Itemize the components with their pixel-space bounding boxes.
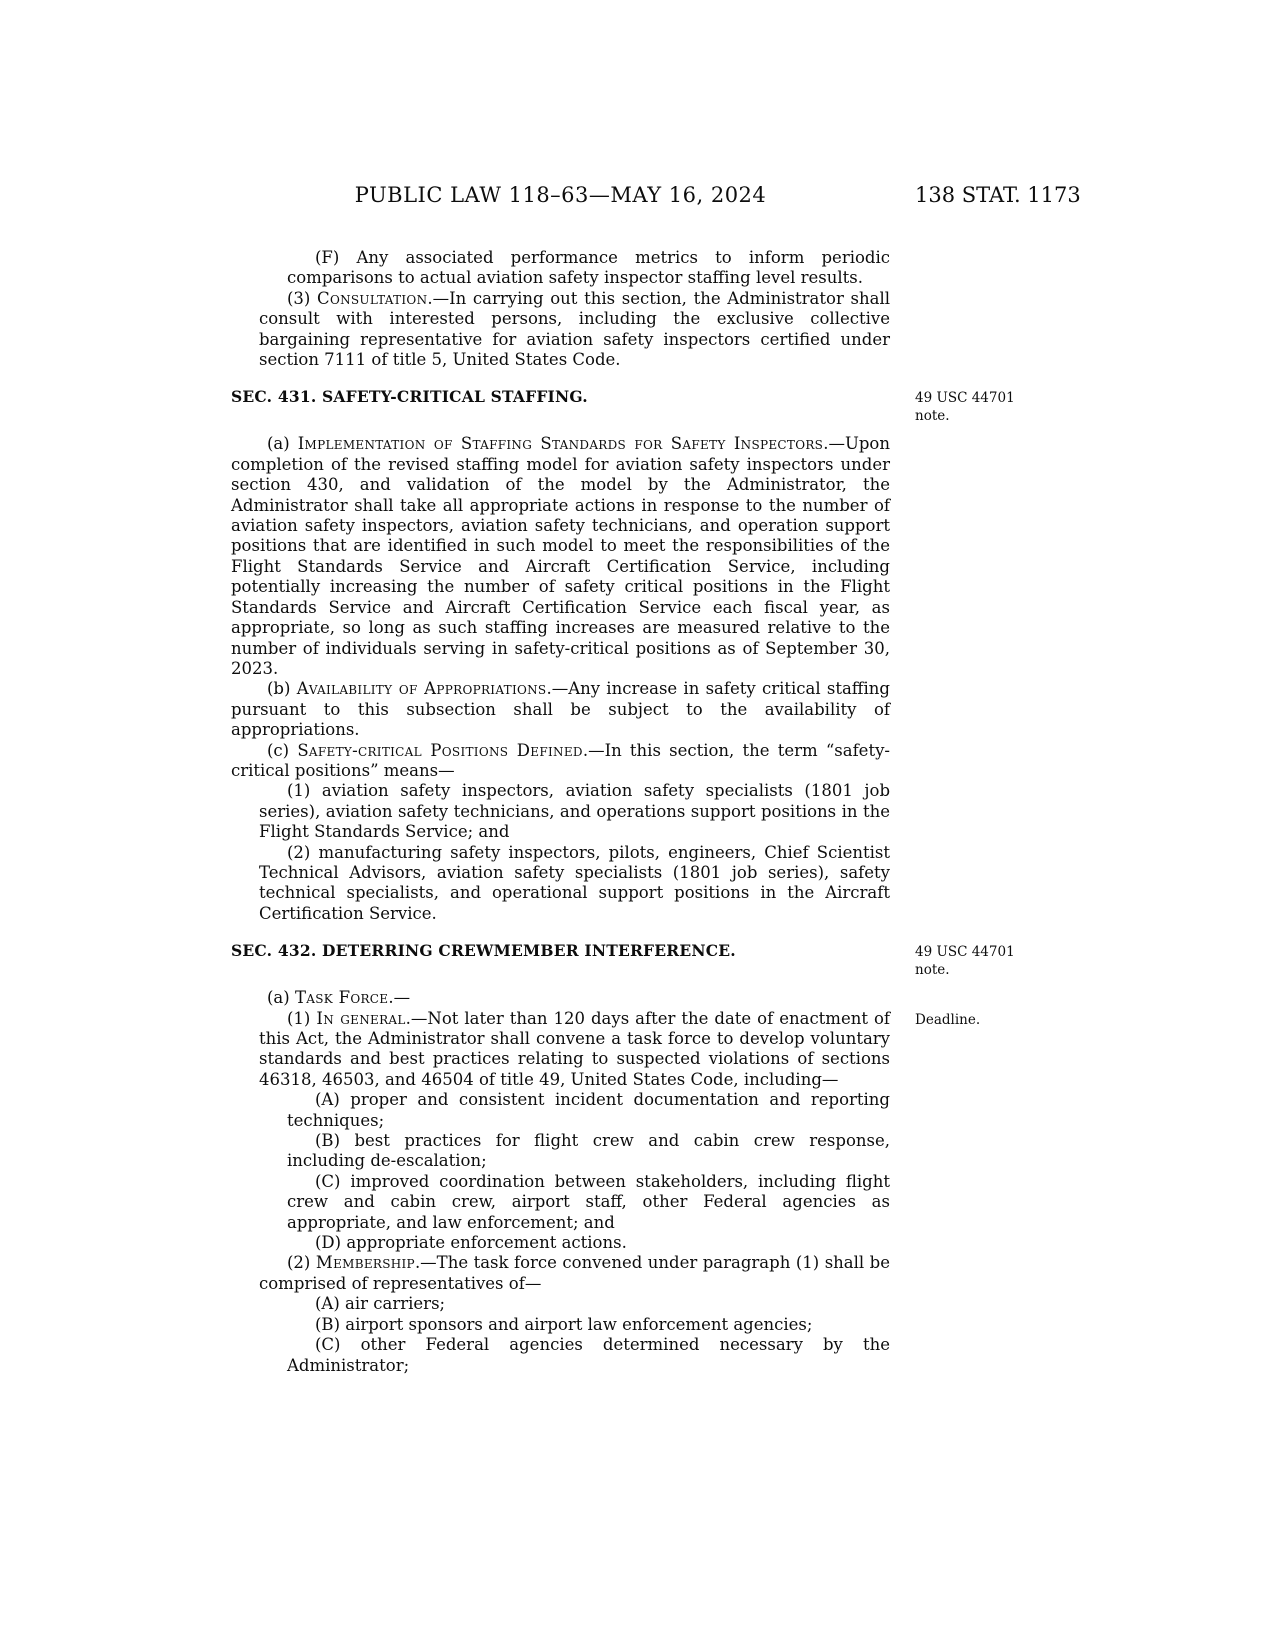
stat-page-container: 138 STAT. 1173 [915,183,1081,207]
running-head-container: PUBLIC LAW 118–63—MAY 16, 2024 [231,183,890,207]
paragraph-row: (b) Availability of Appropriations.—Any … [231,679,1091,740]
text-segment: (C) improved coordination between stakeh… [287,1172,890,1232]
paragraph-row: (1) aviation safety inspectors, aviation… [231,781,1091,842]
paragraph: (2) Membership.—The task force convened … [259,1253,890,1294]
main-column: (2) manufacturing safety inspectors, pil… [231,843,890,925]
text-segment: .—Upon completion of the revised staffin… [231,434,890,677]
text-segment: SEC. 431. SAFETY-CRITICAL STAFFING. [231,387,588,406]
main-column: (A) air carriers; [231,1294,890,1314]
section-heading-row: SEC. 432. DETERRING CREWMEMBER INTERFERE… [231,941,1091,979]
paragraph-row: (c) Safety-critical Positions Defined.—I… [231,741,1091,782]
main-column: (c) Safety-critical Positions Defined.—I… [231,741,890,782]
paragraph-row: (2) manufacturing safety inspectors, pil… [231,843,1091,925]
smallcaps-text: In general [316,1009,405,1028]
text-segment: .— [388,988,410,1007]
text-segment: (D) appropriate enforcement actions. [315,1233,627,1252]
section-heading: SEC. 432. DETERRING CREWMEMBER INTERFERE… [231,941,890,960]
paragraph-row: (A) proper and consistent incident docum… [231,1090,1091,1131]
main-column: (C) improved coordination between stakeh… [231,1172,890,1233]
smallcaps-text: Task Force [295,988,388,1007]
smallcaps-text: Membership [316,1253,415,1272]
text-segment: (3) [287,289,317,308]
main-column: (2) Membership.—The task force convened … [231,1253,890,1294]
margin-note: Deadline. [915,1011,1040,1029]
main-column: (a) Implementation of Staffing Standards… [231,434,890,679]
main-column: (1) In general.—Not later than 120 days … [231,1009,890,1091]
main-column: (a) Task Force.— [231,988,890,1008]
paragraph-row: (3) Consultation.—In carrying out this s… [231,289,1091,371]
paragraph: (a) Task Force.— [231,988,890,1008]
section-heading-row: SEC. 431. SAFETY-CRITICAL STAFFING.49 US… [231,387,1091,425]
margin-note: 49 USC 44701 note. [915,943,1040,979]
paragraph-row: (B) best practices for flight crew and c… [231,1131,1091,1172]
main-column: (1) aviation safety inspectors, aviation… [231,781,890,842]
paragraph: (C) improved coordination between stakeh… [287,1172,890,1233]
paragraph: (c) Safety-critical Positions Defined.—I… [231,741,890,782]
document-body: (F) Any associated performance metrics t… [231,248,1091,1376]
paragraph: (1) aviation safety inspectors, aviation… [259,781,890,842]
paragraph-row: (D) appropriate enforcement actions. [231,1233,1091,1253]
main-column: SEC. 431. SAFETY-CRITICAL STAFFING. [231,387,890,406]
main-column: (B) airport sponsors and airport law enf… [231,1315,890,1335]
main-column: SEC. 432. DETERRING CREWMEMBER INTERFERE… [231,941,890,960]
paragraph: (b) Availability of Appropriations.—Any … [231,679,890,740]
main-column: (C) other Federal agencies determined ne… [231,1335,890,1376]
text-segment: (c) [267,741,297,760]
paragraph: (D) appropriate enforcement actions. [287,1233,890,1253]
running-head-title: PUBLIC LAW 118–63—MAY 16, 2024 [355,183,767,207]
section-heading: SEC. 431. SAFETY-CRITICAL STAFFING. [231,387,890,406]
main-column: (b) Availability of Appropriations.—Any … [231,679,890,740]
text-segment: (C) other Federal agencies determined ne… [287,1335,890,1374]
text-segment: (B) best practices for flight crew and c… [287,1131,890,1170]
paragraph-row: (A) air carriers; [231,1294,1091,1314]
text-segment: (1) [287,1009,316,1028]
paragraph-row: (1) In general.—Not later than 120 days … [231,1009,1091,1091]
margin-note: 49 USC 44701 note. [915,389,1040,425]
paragraph: (a) Implementation of Staffing Standards… [231,434,890,679]
paragraph: (1) In general.—Not later than 120 days … [259,1009,890,1091]
main-column: (3) Consultation.—In carrying out this s… [231,289,890,371]
paragraph-row: (B) airport sponsors and airport law enf… [231,1315,1091,1335]
text-segment: SEC. 432. DETERRING CREWMEMBER INTERFERE… [231,941,736,960]
paragraph: (3) Consultation.—In carrying out this s… [259,289,890,371]
paragraph: (A) air carriers; [287,1294,890,1314]
smallcaps-text: Availability of Appropriations [297,679,547,698]
text-segment: (a) [267,988,295,1007]
text-segment: (2) manufacturing safety inspectors, pil… [259,843,890,923]
text-segment: (a) [267,434,298,453]
text-segment: (A) air carriers; [315,1294,445,1313]
paragraph: (2) manufacturing safety inspectors, pil… [259,843,890,925]
page-header: PUBLIC LAW 118–63—MAY 16, 2024 138 STAT.… [231,183,1040,207]
statute-page: PUBLIC LAW 118–63—MAY 16, 2024 138 STAT.… [0,0,1275,1650]
main-column: (A) proper and consistent incident docum… [231,1090,890,1131]
paragraph: (B) best practices for flight crew and c… [287,1131,890,1172]
text-segment: (A) proper and consistent incident docum… [287,1090,890,1129]
paragraph: (A) proper and consistent incident docum… [287,1090,890,1131]
paragraph: (B) airport sponsors and airport law enf… [287,1315,890,1335]
text-segment: (b) [267,679,297,698]
paragraph: (F) Any associated performance metrics t… [287,248,890,289]
paragraph: (C) other Federal agencies determined ne… [287,1335,890,1376]
text-segment: (B) airport sponsors and airport law enf… [315,1315,812,1334]
text-segment: (1) aviation safety inspectors, aviation… [259,781,890,841]
stat-page-number: 138 STAT. 1173 [915,183,1081,207]
paragraph-row: (a) Task Force.— [231,988,1091,1008]
paragraph-row: (F) Any associated performance metrics t… [231,248,1091,289]
smallcaps-text: Implementation of Staffing Standards for… [298,434,824,453]
smallcaps-text: Consultation [317,289,427,308]
text-segment: (2) [287,1253,316,1272]
main-column: (F) Any associated performance metrics t… [231,248,890,289]
paragraph-row: (a) Implementation of Staffing Standards… [231,434,1091,679]
paragraph-row: (2) Membership.—The task force convened … [231,1253,1091,1294]
main-column: (D) appropriate enforcement actions. [231,1233,890,1253]
text-segment: (F) Any associated performance metrics t… [287,248,890,287]
paragraph-row: (C) improved coordination between stakeh… [231,1172,1091,1233]
main-column: (B) best practices for flight crew and c… [231,1131,890,1172]
smallcaps-text: Safety-critical Positions Defined [297,741,583,760]
paragraph-row: (C) other Federal agencies determined ne… [231,1335,1091,1376]
